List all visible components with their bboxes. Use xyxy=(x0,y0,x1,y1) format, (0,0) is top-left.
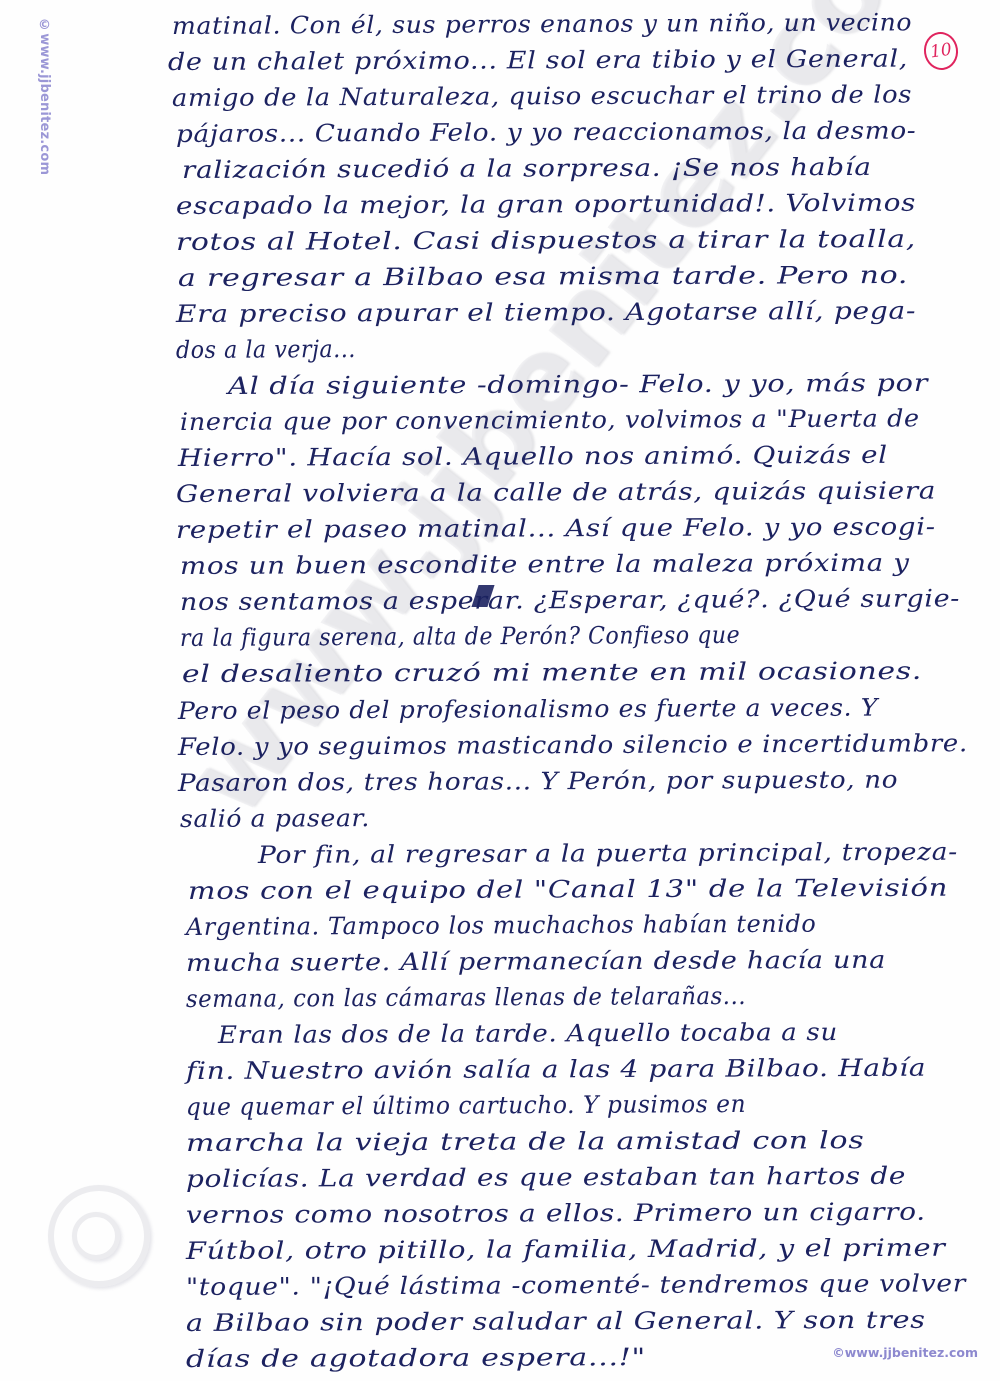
manuscript-line: a regresar a Bilbao esa misma tarde. Per… xyxy=(178,261,908,292)
manuscript-line: Hierro". Hacía sol. Aquello nos animó. Q… xyxy=(178,441,888,472)
manuscript-line: mucha suerte. Allí permanecían desde hac… xyxy=(186,945,886,976)
manuscript-line: fin. Nuestro avión salía a las 4 para Bi… xyxy=(186,1053,926,1084)
handwritten-text: matinal. Con él, sus perros enanos y un … xyxy=(0,0,1000,1381)
manuscript-line: el desaliento cruzó mi mente en mil ocas… xyxy=(182,657,922,688)
manuscript-line: mos con el equipo del "Canal 13" de la T… xyxy=(188,873,948,904)
manuscript-line: dos a la verja... xyxy=(176,335,356,364)
manuscript-line: Pasaron dos, tres horas... Y Perón, por … xyxy=(178,765,898,796)
manuscript-page: www.jjbenitez.com ©www.jjbenitez.com 10 … xyxy=(0,0,1000,1381)
manuscript-line: Eran las dos de la tarde. Aquello tocaba… xyxy=(218,1018,838,1049)
manuscript-line: días de agotadora espera...!" xyxy=(186,1343,646,1373)
manuscript-line: "toque". "¡Qué lástima -comenté- tendrem… xyxy=(186,1269,966,1301)
manuscript-line: semana, con las cámaras llenas de telara… xyxy=(186,982,746,1013)
manuscript-line: ra la figura serena, alta de Perón? Conf… xyxy=(180,621,740,652)
manuscript-line: a Bilbao sin poder saludar al General. Y… xyxy=(186,1306,926,1337)
manuscript-line: vernos como nosotros a ellos. Primero un… xyxy=(186,1198,926,1229)
manuscript-line: Era preciso apurar el tiempo. Agotarse a… xyxy=(176,297,916,328)
manuscript-line: Al día siguiente -domingo- Felo. y yo, m… xyxy=(228,369,928,400)
manuscript-line: de un chalet próximo... El sol era tibio… xyxy=(168,45,908,76)
manuscript-line: ralización sucedió a la sorpresa. ¡Se no… xyxy=(182,153,872,184)
manuscript-line: pájaros... Cuando Felo. y yo reaccionamo… xyxy=(176,117,916,149)
manuscript-line: General volviera a la calle de atrás, qu… xyxy=(176,477,936,508)
manuscript-line: amigo de la Naturaleza, quiso escuchar e… xyxy=(172,80,912,112)
manuscript-line: policías. La verdad es que estaban tan h… xyxy=(186,1162,906,1193)
manuscript-line: nos sentamos a esperar. ¿Esperar, ¿qué?.… xyxy=(180,585,960,617)
manuscript-line: escapado la mejor, la gran oportunidad!.… xyxy=(176,189,916,220)
manuscript-line: salió a pasear. xyxy=(180,804,370,833)
manuscript-line: matinal. Con él, sus perros enanos y un … xyxy=(172,8,912,40)
manuscript-line: marcha la vieja treta de la amistad con … xyxy=(186,1126,865,1157)
manuscript-line: Fútbol, otro pitillo, la familia, Madrid… xyxy=(186,1234,946,1265)
manuscript-line: Argentina. Tampoco los muchachos habían … xyxy=(186,909,816,940)
manuscript-line: inercia que por convencimiento, volvimos… xyxy=(180,405,920,437)
manuscript-line: rotos al Hotel. Casi dispuestos a tirar … xyxy=(176,225,916,256)
manuscript-line: Pero el peso del profesionalismo es fuer… xyxy=(178,693,878,725)
manuscript-line: repetir el paseo matinal... Así que Felo… xyxy=(176,513,936,544)
manuscript-line: Felo. y yo seguimos masticando silencio … xyxy=(178,729,968,761)
manuscript-line: que quemar el último cartucho. Y pusimos… xyxy=(186,1090,746,1121)
manuscript-line: mos un buen escondite entre la maleza pr… xyxy=(180,549,910,580)
bottom-watermark: ©www.jjbenitez.com xyxy=(832,1345,978,1360)
manuscript-line: Por fin, al regresar a la puerta princip… xyxy=(258,837,958,868)
